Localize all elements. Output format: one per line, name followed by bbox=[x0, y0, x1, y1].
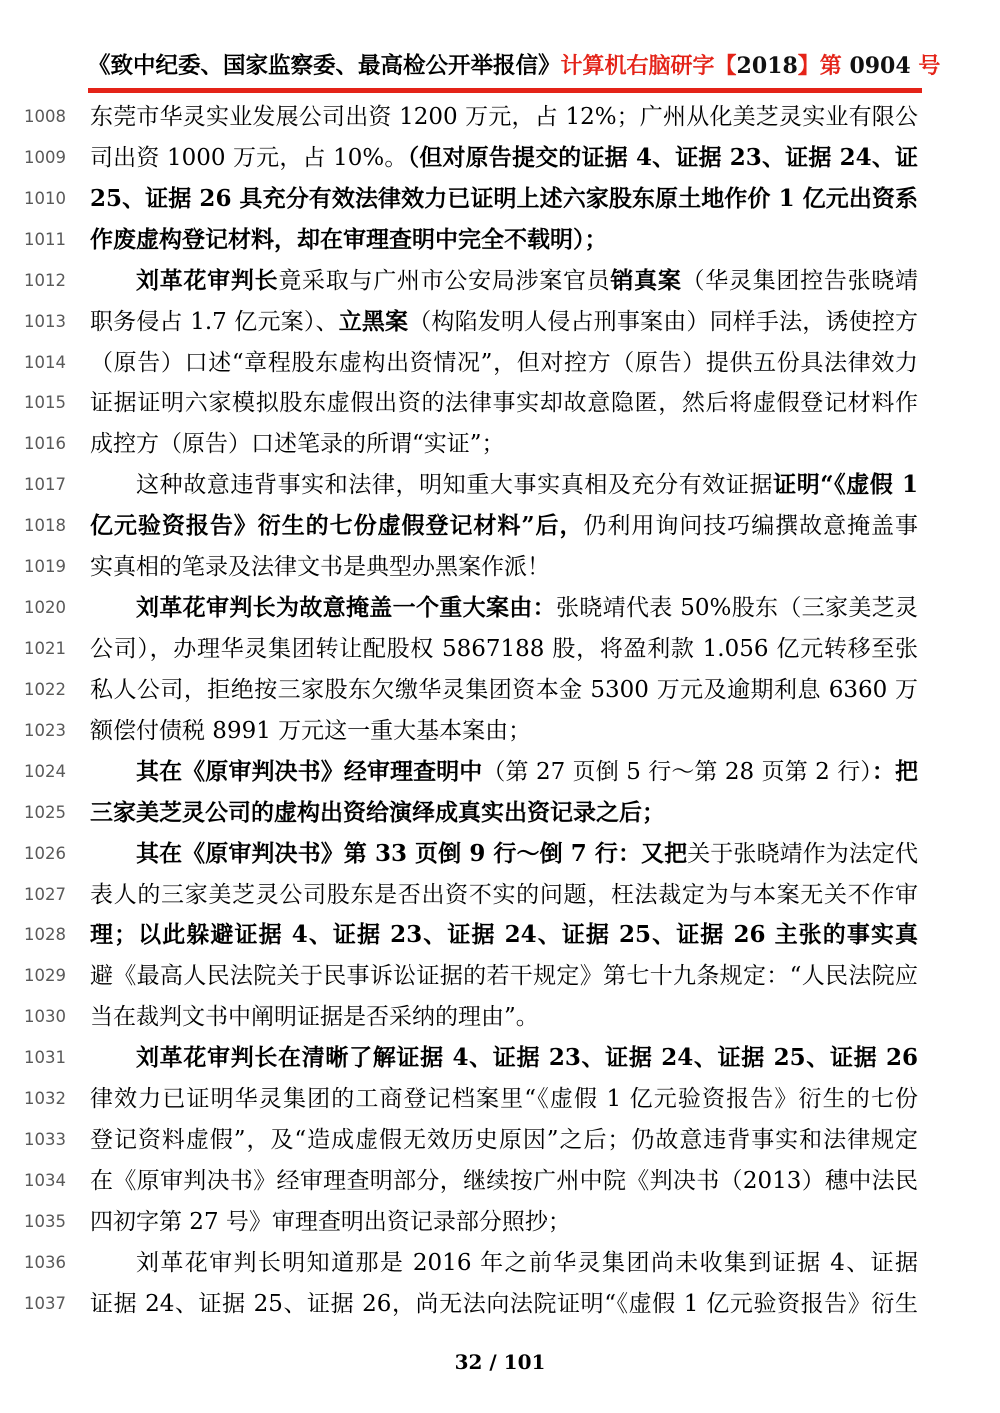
document-line: 1020 刘革花审判长为故意掩盖一个重大案由：张晓靖代表 50%股东（三家美芝灵 bbox=[0, 588, 1000, 629]
line-text: 理；以此躲避证据 4、证据 23、证据 24、证据 25、证据 26 主张的事实… bbox=[90, 915, 1000, 956]
document-number: 计算机右脑研字【2018】第 0904 号 bbox=[561, 49, 941, 80]
text-segment: 表人的三家美芝灵公司股东是否出资不实的问题，枉法裁定为与本案无关不作审 bbox=[90, 882, 918, 908]
line-number: 1026 bbox=[0, 834, 90, 875]
line-text: 登记资料虚假”，及“造成虚假无效历史原因”之后；仍故意违背事实和法律规定 bbox=[90, 1120, 1000, 1161]
text-segment: 私人公司，拒绝按三家股东欠缴华灵集团资本金 5300 万元及逾期利息 6360 … bbox=[90, 677, 918, 711]
line-text: 公司），办理华灵集团转让配股权 5867188 股，将盈利款 1.056 亿元转… bbox=[90, 629, 1000, 670]
text-segment: 当在裁判文书中阐明证据是否采纳的理由”。 bbox=[90, 1004, 539, 1030]
line-number: 1027 bbox=[0, 875, 90, 916]
page-header: 《致中纪委、国家监察委、最高检公开举报信》 计算机右脑研字【2018】第 090… bbox=[88, 48, 922, 93]
document-line: 1030 当在裁判文书中阐明证据是否采纳的理由”。 bbox=[0, 997, 1000, 1038]
document-line: 1029 避《最高人民法院关于民事诉讼证据的若干规定》第七十九条规定：“人民法院… bbox=[0, 956, 1000, 997]
line-text: 25、证据 26 具充分有效法律效力已证明上述六家股东原土地作价 1 亿元出资系 bbox=[90, 179, 1000, 220]
line-text: 当在裁判文书中阐明证据是否采纳的理由”。 bbox=[90, 997, 1000, 1038]
line-text: 其在《原审判决书》经审理查明中（第 27 页倒 5 行～第 28 页第 2 行）… bbox=[90, 752, 1000, 793]
document-line: 1024 其在《原审判决书》经审理查明中（第 27 页倒 5 行～第 28 页第… bbox=[0, 752, 1000, 793]
text-segment: 三家美芝灵公司的虚构出资给演绎成真实出资记录之后； bbox=[90, 799, 665, 826]
line-number: 1029 bbox=[0, 956, 90, 997]
text-segment: 亿元验资报告》衍生的七份虚假登记材料”后， bbox=[90, 512, 583, 539]
text-segment: 刘革花审判长为故意掩盖一个重大案由： bbox=[136, 594, 556, 621]
text-segment: 公司），办理华灵集团转让配股权 5867188 股，将盈利款 1.056 亿元转… bbox=[90, 636, 918, 670]
line-text: 成控方（原告）口述笔录的所谓“实证”； bbox=[90, 424, 1000, 465]
doc-number-year: 2018 bbox=[737, 53, 798, 79]
line-text: 避《最高人民法院关于民事诉讼证据的若干规定》第七十九条规定：“人民法院应 bbox=[90, 956, 1000, 997]
text-segment: 立黑案 bbox=[339, 308, 409, 335]
line-number: 1021 bbox=[0, 629, 90, 670]
line-number: 1030 bbox=[0, 997, 90, 1038]
text-segment: 登记资料虚假”，及“造成虚假无效历史原因”之后；仍故意违背事实和法律规定 bbox=[90, 1127, 918, 1153]
document-line: 1013 职务侵占 1.7 亿元案）、立黑案（构陷发明人侵占刑事案由）同样手法，… bbox=[0, 302, 1000, 343]
text-segment: 职务侵占 1.7 亿元案）、 bbox=[90, 309, 339, 335]
document-line: 1014 （原告）口述“章程股东虚构出资情况”，但对控方（原告）提供五份具法律效… bbox=[0, 343, 1000, 384]
text-segment: 刘革花审判长 bbox=[136, 267, 278, 294]
line-number: 1010 bbox=[0, 179, 90, 220]
line-text: 职务侵占 1.7 亿元案）、立黑案（构陷发明人侵占刑事案由）同样手法，诱使控方 bbox=[90, 302, 1000, 343]
line-number: 1009 bbox=[0, 138, 90, 179]
line-text: 三家美芝灵公司的虚构出资给演绎成真实出资记录之后； bbox=[90, 793, 1000, 834]
document-title: 《致中纪委、国家监察委、最高检公开举报信》 bbox=[88, 48, 561, 80]
page-number: 32 / 101 bbox=[455, 1350, 546, 1374]
line-number: 1023 bbox=[0, 711, 90, 752]
document-line: 1033 登记资料虚假”，及“造成虚假无效历史原因”之后；仍故意违背事实和法律规… bbox=[0, 1120, 1000, 1161]
text-segment: 成控方（原告）口述笔录的所谓“实证”； bbox=[90, 431, 505, 457]
line-number: 1016 bbox=[0, 424, 90, 465]
text-segment: 这种故意违背事实和法律，明知重大事实真相及充分有效证据 bbox=[136, 472, 773, 498]
line-text: 这种故意违背事实和法律，明知重大事实真相及充分有效证据证明“《虚假 1 bbox=[90, 465, 1000, 506]
document-line: 1008 东莞市华灵实业发展公司出资 1200 万元，占 12%；广州从化美芝灵… bbox=[0, 97, 1000, 138]
text-segment: 其在《原审判决书》第 33 页倒 9 行～倒 7 行：又把 bbox=[136, 840, 687, 867]
document-line: 1015 证据证明六家模拟股东虚假出资的法律事实却故意隐匿，然后将虚假登记材料作 bbox=[0, 383, 1000, 424]
document-line: 1026 其在《原审判决书》第 33 页倒 9 行～倒 7 行：又把关于张晓靖作… bbox=[0, 834, 1000, 875]
document-line: 1036 刘革花审判长明知道那是 2016 年之前华灵集团尚未收集到证据 4、证… bbox=[0, 1243, 1000, 1284]
line-number: 1011 bbox=[0, 220, 90, 261]
line-number: 1032 bbox=[0, 1079, 90, 1120]
line-text: 实真相的笔录及法律文书是典型办黑案作派！ bbox=[90, 547, 1000, 588]
text-segment: 竟采取与广州市公安局涉案官员 bbox=[278, 268, 610, 294]
text-segment: 额偿付债税 8991 万元这一重大基本案由； bbox=[90, 718, 531, 744]
doc-number-suffix: 号 bbox=[911, 53, 941, 79]
line-text: 刘革花审判长在清晰了解证据 4、证据 23、证据 24、证据 25、证据 26 … bbox=[90, 1038, 1000, 1079]
text-segment: 司出资 1000 万元，占 10%。 bbox=[90, 145, 408, 171]
document-line: 1011 作废虚构登记材料，却在审理查明中完全不载明）； bbox=[0, 220, 1000, 261]
doc-number-serial: 0904 bbox=[849, 53, 910, 79]
document-line: 1023 额偿付债税 8991 万元这一重大基本案由； bbox=[0, 711, 1000, 752]
line-number: 1034 bbox=[0, 1161, 90, 1202]
text-segment: 其在《原审判决书》经审理查明中 bbox=[136, 758, 482, 785]
line-number: 1028 bbox=[0, 915, 90, 956]
line-number: 1015 bbox=[0, 383, 90, 424]
text-segment: 刘革花审判长在清晰了解证据 4、证据 23、证据 24、证据 25、证据 26 bbox=[136, 1044, 918, 1071]
document-lines: 1008 东莞市华灵实业发展公司出资 1200 万元，占 12%；广州从化美芝灵… bbox=[0, 97, 1000, 1325]
document-line: 1034 在《原审判决书》经审理查明部分，继续按广州中院《判决书（2013）穗中… bbox=[0, 1161, 1000, 1202]
text-segment: ：把 bbox=[872, 758, 918, 785]
text-segment: 实真相的笔录及法律文书是典型办黑案作派！ bbox=[90, 554, 550, 580]
line-text: 刘革花审判长为故意掩盖一个重大案由：张晓靖代表 50%股东（三家美芝灵 bbox=[90, 588, 1000, 629]
line-text: 私人公司，拒绝按三家股东欠缴华灵集团资本金 5300 万元及逾期利息 6360 … bbox=[90, 670, 1000, 711]
line-number: 1036 bbox=[0, 1243, 90, 1284]
line-text: 律效力已证明华灵集团的工商登记档案里“《虚假 1 亿元验资报告》衍生的七份 bbox=[90, 1079, 1000, 1120]
line-text: 亿元验资报告》衍生的七份虚假登记材料”后，仍利用询问技巧编撰故意掩盖事 bbox=[90, 506, 1000, 547]
document-line: 1019 实真相的笔录及法律文书是典型办黑案作派！ bbox=[0, 547, 1000, 588]
line-number: 1035 bbox=[0, 1202, 90, 1243]
page-footer: 32 / 101 bbox=[0, 1350, 1000, 1374]
document-page: 《致中纪委、国家监察委、最高检公开举报信》 计算机右脑研字【2018】第 090… bbox=[0, 0, 1000, 1413]
line-number: 1013 bbox=[0, 302, 90, 343]
document-line: 1017 这种故意违背事实和法律，明知重大事实真相及充分有效证据证明“《虚假 1 bbox=[0, 465, 1000, 506]
document-line: 1016 成控方（原告）口述笔录的所谓“实证”； bbox=[0, 424, 1000, 465]
line-text: 证据 24、证据 25、证据 26，尚无法向法院证明“《虚假 1 亿元验资报告》… bbox=[90, 1284, 1000, 1325]
line-number: 1024 bbox=[0, 752, 90, 793]
text-segment: 刘革花审判长明知道那是 2016 年之前华灵集团尚未收集到证据 4、证据 23、 bbox=[90, 1250, 918, 1284]
text-segment: 避《最高人民法院关于民事诉讼证据的若干规定》第七十九条规定：“人民法院应 bbox=[90, 963, 918, 989]
text-segment: （原告）口述“章程股东虚构出资情况”，但对控方（原告）提供五份具法律效力 bbox=[90, 350, 918, 376]
text-segment: 律效力已证明华灵集团的工商登记档案里“《虚假 1 亿元验资报告》衍生的七份 bbox=[90, 1086, 918, 1112]
text-segment: 证据 24、证据 25、证据 26，尚无法向法院证明“《虚假 1 亿元验资报告》… bbox=[90, 1291, 918, 1325]
text-segment: 张晓靖代表 50%股东（三家美芝灵 bbox=[556, 595, 918, 621]
document-line: 1025 三家美芝灵公司的虚构出资给演绎成真实出资记录之后； bbox=[0, 793, 1000, 834]
line-number: 1037 bbox=[0, 1284, 90, 1325]
line-number: 1014 bbox=[0, 343, 90, 384]
line-number: 1008 bbox=[0, 97, 90, 138]
document-line: 1035 四初字第 27 号》审理查明出资记录部分照抄； bbox=[0, 1202, 1000, 1243]
line-text: 四初字第 27 号》审理查明出资记录部分照抄； bbox=[90, 1202, 1000, 1243]
text-segment: 东莞市华灵实业发展公司出资 1200 万元，占 12%；广州从化美芝灵实业有限公 bbox=[90, 104, 918, 130]
line-number: 1033 bbox=[0, 1120, 90, 1161]
line-number: 1018 bbox=[0, 506, 90, 547]
line-number: 1025 bbox=[0, 793, 90, 834]
doc-number-prefix: 计算机右脑研字【 bbox=[561, 53, 737, 79]
text-segment: 关于张晓靖作为法定代 bbox=[687, 841, 918, 867]
line-number: 1031 bbox=[0, 1038, 90, 1079]
document-line: 1022 私人公司，拒绝按三家股东欠缴华灵集团资本金 5300 万元及逾期利息 … bbox=[0, 670, 1000, 711]
document-line: 1012 刘革花审判长竟采取与广州市公安局涉案官员销真案（华灵集团控告张晓靖 bbox=[0, 261, 1000, 302]
text-segment: （构陷发明人侵占刑事案由）同样手法，诱使控方 bbox=[408, 309, 918, 335]
line-number: 1019 bbox=[0, 547, 90, 588]
document-line: 1032 律效力已证明华灵集团的工商登记档案里“《虚假 1 亿元验资报告》衍生的… bbox=[0, 1079, 1000, 1120]
doc-number-mid: 】第 bbox=[798, 53, 850, 79]
text-segment: 仍利用询问技巧编撰故意掩盖事 bbox=[583, 513, 918, 539]
text-segment: 证明“《虚假 1 bbox=[773, 471, 918, 498]
text-segment: （华灵集团控告张晓靖 bbox=[682, 268, 918, 294]
line-number: 1017 bbox=[0, 465, 90, 506]
line-number: 1020 bbox=[0, 588, 90, 629]
line-number: 1022 bbox=[0, 670, 90, 711]
line-text: 东莞市华灵实业发展公司出资 1200 万元，占 12%；广州从化美芝灵实业有限公 bbox=[90, 97, 1000, 138]
line-text: 作废虚构登记材料，却在审理查明中完全不载明）； bbox=[90, 220, 1000, 261]
line-text: 额偿付债税 8991 万元这一重大基本案由； bbox=[90, 711, 1000, 752]
text-segment: 25、证据 26 具充分有效法律效力已证明上述六家股东原土地作价 1 亿元出资系 bbox=[90, 185, 918, 212]
document-line: 1028 理；以此躲避证据 4、证据 23、证据 24、证据 25、证据 26 … bbox=[0, 915, 1000, 956]
line-text: 刘革花审判长竟采取与广州市公安局涉案官员销真案（华灵集团控告张晓靖 bbox=[90, 261, 1000, 302]
line-text: （原告）口述“章程股东虚构出资情况”，但对控方（原告）提供五份具法律效力 bbox=[90, 343, 1000, 384]
text-segment: （第 27 页倒 5 行～第 28 页第 2 行） bbox=[482, 759, 872, 785]
line-text: 其在《原审判决书》第 33 页倒 9 行～倒 7 行：又把关于张晓靖作为法定代 bbox=[90, 834, 1000, 875]
document-line: 1009 司出资 1000 万元，占 10%。（但对原告提交的证据 4、证据 2… bbox=[0, 138, 1000, 179]
document-line: 1018 亿元验资报告》衍生的七份虚假登记材料”后，仍利用询问技巧编撰故意掩盖事 bbox=[0, 506, 1000, 547]
line-text: 在《原审判决书》经审理查明部分，继续按广州中院《判决书（2013）穗中法民 bbox=[90, 1161, 1000, 1202]
line-text: 表人的三家美芝灵公司股东是否出资不实的问题，枉法裁定为与本案无关不作审 bbox=[90, 875, 1000, 916]
line-text: 证据证明六家模拟股东虚假出资的法律事实却故意隐匿，然后将虚假登记材料作 bbox=[90, 383, 1000, 424]
text-segment: 理；以此躲避证据 4、证据 23、证据 24、证据 25、证据 26 主张的事实… bbox=[90, 921, 918, 956]
document-line: 1010 25、证据 26 具充分有效法律效力已证明上述六家股东原土地作价 1 … bbox=[0, 179, 1000, 220]
document-line: 1021 公司），办理华灵集团转让配股权 5867188 股，将盈利款 1.05… bbox=[0, 629, 1000, 670]
document-line: 1031 刘革花审判长在清晰了解证据 4、证据 23、证据 24、证据 25、证… bbox=[0, 1038, 1000, 1079]
line-number: 1012 bbox=[0, 261, 90, 302]
line-text: 司出资 1000 万元，占 10%。（但对原告提交的证据 4、证据 23、证据 … bbox=[90, 138, 1000, 179]
text-segment: 证据证明六家模拟股东虚假出资的法律事实却故意隐匿，然后将虚假登记材料作 bbox=[90, 390, 918, 416]
text-segment: 在《原审判决书》经审理查明部分，继续按广州中院《判决书（2013）穗中法民 bbox=[90, 1168, 918, 1194]
document-line: 1027 表人的三家美芝灵公司股东是否出资不实的问题，枉法裁定为与本案无关不作审 bbox=[0, 875, 1000, 916]
text-segment: 四初字第 27 号》审理查明出资记录部分照抄； bbox=[90, 1209, 571, 1235]
text-segment: 销真案 bbox=[610, 267, 681, 294]
document-line: 1037 证据 24、证据 25、证据 26，尚无法向法院证明“《虚假 1 亿元… bbox=[0, 1284, 1000, 1325]
text-segment: 作废虚构登记材料，却在审理查明中完全不载明）； bbox=[90, 226, 608, 253]
line-text: 刘革花审判长明知道那是 2016 年之前华灵集团尚未收集到证据 4、证据 23、 bbox=[90, 1243, 1000, 1284]
